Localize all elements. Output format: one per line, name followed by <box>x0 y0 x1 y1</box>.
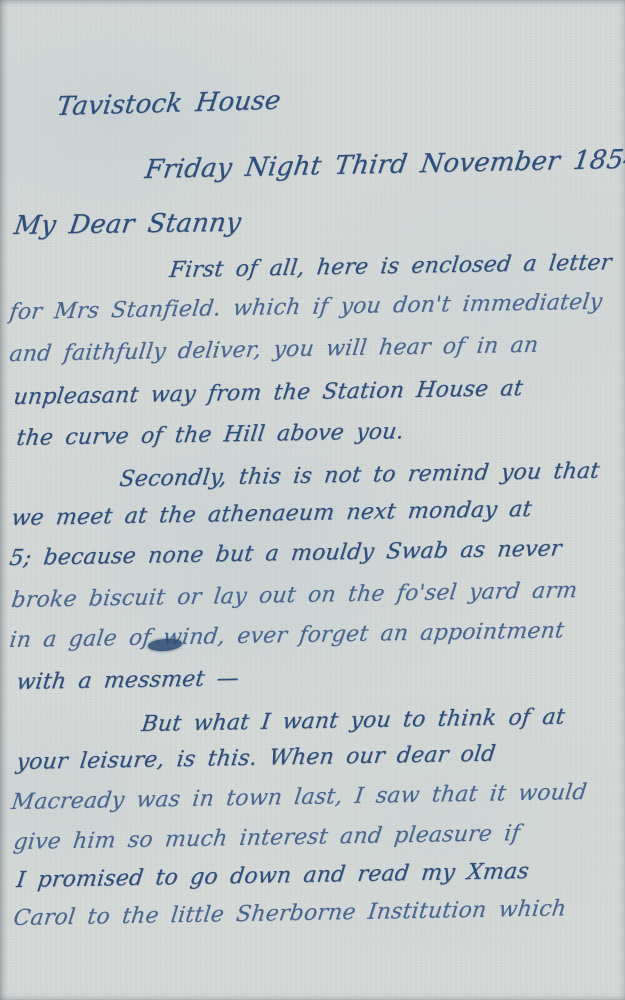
letter-line: broke biscuit or lay out on the fo'sel y… <box>10 578 579 613</box>
letter-line: in a gale of wind, ever forget an appoin… <box>8 618 566 653</box>
letter-line: Carol to the little Sherborne Institutio… <box>12 896 568 931</box>
letter-line: the curve of the Hill above you. <box>15 419 405 451</box>
letter-line: we meet at the athenaeum next monday at <box>10 497 533 531</box>
letter-line: with a messmet — <box>15 666 240 695</box>
letter-line: But what I want you to think of at <box>140 705 566 737</box>
letter-line: give him so much interest and pleasure i… <box>12 821 521 855</box>
letter-line: I promised to go down and read my Xmas <box>15 859 530 893</box>
letter-line: and faithfully deliver, you will hear of… <box>8 333 540 367</box>
letter-line: Secondly, this is not to remind you that <box>118 459 601 492</box>
letter-scan-page: Tavistock House Friday Night Third Novem… <box>0 0 625 1000</box>
letter-body: Tavistock House Friday Night Third Novem… <box>0 0 625 1000</box>
letter-line: for Mrs Stanfield. which if you don't im… <box>8 290 604 325</box>
letter-line-address: Tavistock House <box>55 86 282 122</box>
letter-line-dateline: Friday Night Third November 1854 <box>143 145 625 185</box>
letter-line-salutation: My Dear Stanny <box>12 208 243 241</box>
letter-line: First of all, here is enclosed a letter <box>168 250 613 283</box>
letter-line: 5; because none but a mouldy Swab as nev… <box>8 536 563 571</box>
letter-line: Macready was in town last, I saw that it… <box>10 780 588 815</box>
letter-line: your leisure, is this. When our dear old <box>15 742 497 775</box>
letter-line: unpleasant way from the Station House at <box>12 376 524 410</box>
